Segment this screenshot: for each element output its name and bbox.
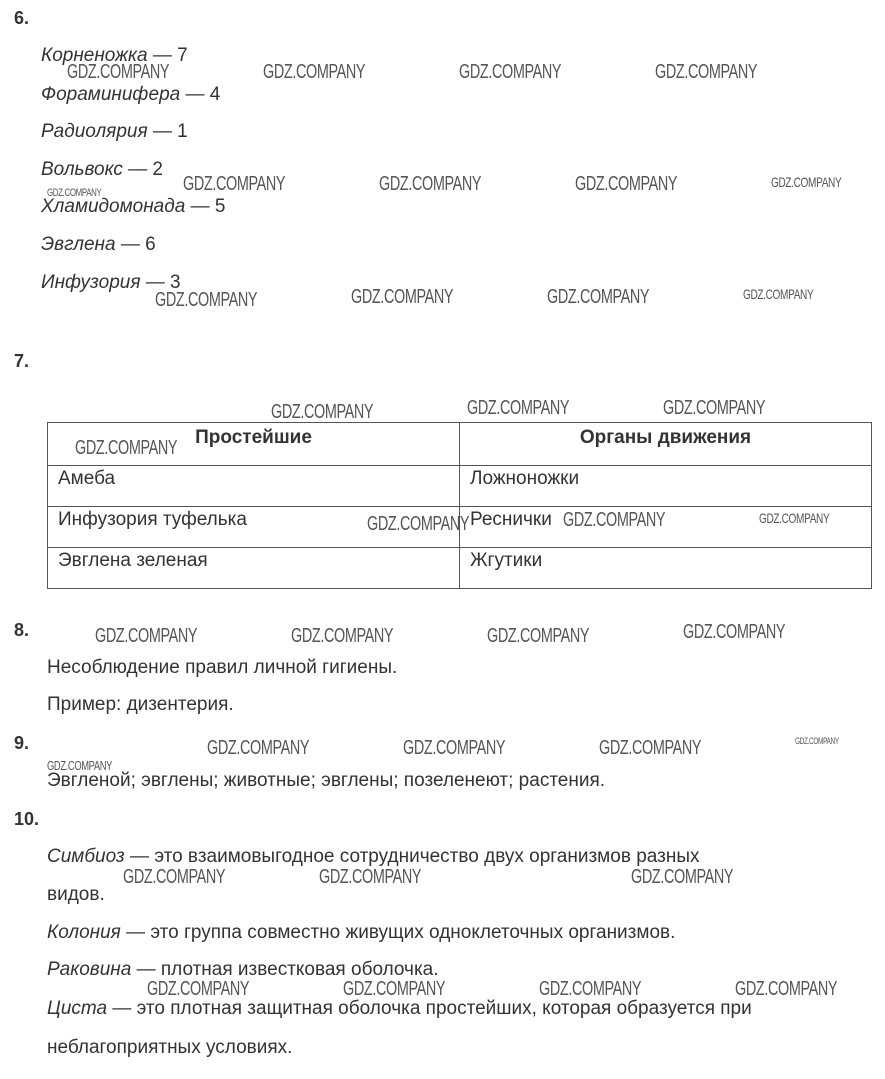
table-row: Эвглена зеленая Жгутики	[48, 548, 872, 589]
watermark: GDZ.COMPANY	[123, 866, 225, 889]
watermark: GDZ.COMPANY	[271, 401, 373, 424]
term: Фораминифера	[41, 84, 180, 105]
question-number-6: 6.	[14, 8, 29, 29]
q8-answer-line: Пример: дизентерия.	[47, 694, 234, 716]
watermark: GDZ.COMPANY	[379, 173, 481, 196]
definition-text: — это плотная защитная оболочка простейш…	[107, 998, 752, 1019]
table-cell: Эвглена зеленая	[48, 548, 460, 589]
value: 5	[215, 196, 226, 217]
watermark: GDZ.COMPANY	[263, 61, 365, 84]
value: 1	[177, 121, 188, 142]
definition-text: — плотная известковая оболочка.	[131, 959, 438, 980]
watermark: GDZ.COMPANY	[183, 173, 285, 196]
watermark: GDZ.COMPANY	[147, 978, 249, 1001]
question-number-10: 10.	[14, 809, 39, 830]
question-number-7: 7.	[14, 351, 29, 372]
watermark: GDZ.COMPANY	[291, 625, 393, 648]
definition-colony: Колония — это группа совместно живущих о…	[47, 922, 675, 944]
q8-answer-line: Несоблюдение правил личной гигиены.	[47, 657, 397, 679]
term: Вольвокс	[41, 159, 123, 180]
watermark: GDZ.COMPANY	[47, 187, 101, 199]
separator: —	[180, 84, 210, 105]
watermark: GDZ.COMPANY	[539, 978, 641, 1001]
term: Эвглена	[41, 234, 116, 255]
separator: —	[148, 121, 178, 142]
table-cell: Ложноножки	[460, 466, 872, 507]
separator: —	[123, 159, 153, 180]
term: Колония	[47, 922, 121, 943]
value: 2	[152, 159, 163, 180]
watermark: GDZ.COMPANY	[735, 978, 837, 1001]
watermark: GDZ.COMPANY	[459, 61, 561, 84]
definition-symbiosis: Симбиоз — это взаимовыгодное сотрудничес…	[47, 846, 699, 868]
term: Хламидомонада	[41, 196, 185, 217]
column-header: Органы движения	[460, 423, 872, 466]
value: 7	[177, 45, 188, 66]
watermark: GDZ.COMPANY	[343, 978, 445, 1001]
watermark: GDZ.COMPANY	[575, 173, 677, 196]
table-row: Амеба Ложноножки	[48, 466, 872, 507]
value: 6	[145, 234, 156, 255]
watermark: GDZ.COMPANY	[351, 286, 453, 309]
table-cell: Жгутики	[460, 548, 872, 589]
watermark: GDZ.COMPANY	[367, 513, 469, 536]
watermark: GDZ.COMPANY	[67, 61, 169, 84]
watermark: GDZ.COMPANY	[319, 866, 421, 889]
watermark: GDZ.COMPANY	[403, 737, 505, 760]
question-number-8: 8.	[14, 620, 29, 641]
definition-continuation: видов.	[47, 884, 105, 906]
watermark: GDZ.COMPANY	[663, 397, 765, 420]
definition-continuation: неблагоприятных условиях.	[47, 1037, 292, 1059]
watermark: GDZ.COMPANY	[467, 397, 569, 420]
watermark: GDZ.COMPANY	[599, 737, 701, 760]
watermark: GDZ.COMPANY	[75, 437, 177, 460]
watermark: GDZ.COMPANY	[547, 286, 649, 309]
term: Раковина	[47, 959, 131, 980]
definition-text: — это группа совместно живущих одноклето…	[121, 922, 676, 943]
watermark: GDZ.COMPANY	[487, 625, 589, 648]
watermark: GDZ.COMPANY	[207, 737, 309, 760]
watermark: GDZ.COMPANY	[759, 510, 829, 526]
separator: —	[116, 234, 146, 255]
definition-cyst: Циста — это плотная защитная оболочка пр…	[47, 998, 752, 1020]
watermark: GDZ.COMPANY	[743, 286, 813, 302]
watermark: GDZ.COMPANY	[155, 289, 257, 312]
watermark: GDZ.COMPANY	[655, 61, 757, 84]
watermark: GDZ.COMPANY	[95, 625, 197, 648]
watermark: GDZ.COMPANY	[563, 509, 665, 532]
q6-item: Эвглена — 6	[41, 234, 156, 256]
definition-text: — это взаимовыгодное сотрудничество двух…	[125, 846, 700, 867]
q9-answer-text: Эвгленой; эвглены; животные; эвглены; по…	[47, 770, 605, 792]
watermark: GDZ.COMPANY	[683, 621, 785, 644]
question-number-9: 9.	[14, 733, 29, 754]
watermark: GDZ.COMPANY	[631, 866, 733, 889]
term: Радиолярия	[41, 121, 148, 142]
term: Циста	[47, 998, 107, 1019]
separator: —	[185, 196, 215, 217]
table-cell: Амеба	[48, 466, 460, 507]
term: Симбиоз	[47, 846, 125, 867]
watermark: GDZ.COMPANY	[795, 736, 839, 746]
term: Инфузория	[41, 272, 140, 293]
q6-item: Радиолярия — 1	[41, 121, 188, 143]
q6-item: Фораминифера — 4	[41, 84, 220, 106]
q6-item: Хламидомонада — 5	[41, 196, 225, 218]
q6-item: Вольвокс — 2	[41, 159, 163, 181]
value: 4	[210, 84, 221, 105]
watermark: GDZ.COMPANY	[771, 174, 841, 190]
watermark: GDZ.COMPANY	[47, 758, 112, 773]
